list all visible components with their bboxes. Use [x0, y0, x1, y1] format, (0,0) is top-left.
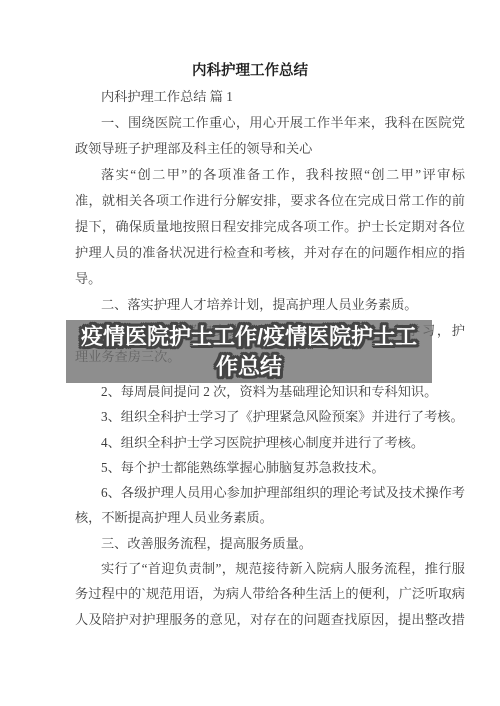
body-line: 政领导班子护理部及科主任的领导和关心 — [75, 136, 465, 162]
body-line: 三、改善服务流程，提高服务质量。 — [75, 531, 465, 556]
body-line: 6、各级护理人员用心参加护理部组织的理论考试及技术操作考 — [75, 480, 465, 505]
body-line: 核，不断提高护理人员业务素质。 — [75, 505, 465, 530]
document-title: 内科护理工作总结 — [0, 58, 500, 84]
body-line: 3、组织全科护士学习了《护理紧急风险预案》并进行了考核。 — [75, 404, 465, 429]
document-page: 内科护理工作总结 内科护理工作总结 篇 1 一、围绕医院工作重心，用心开展工作半… — [0, 0, 500, 706]
body-line: 二、落实护理人才培养计划，提高护理人员业务素质。 — [75, 292, 465, 318]
body-line: 护理人员的准备状况进行检查和考核，并对存在的问题作相应的指 — [75, 240, 465, 266]
body-line: 落实“创二甲”的各项准备工作，我科按照“创二甲”评审标 — [75, 162, 465, 188]
overlay-title-line-2: 作总结 — [66, 352, 432, 382]
document-subtitle: 内科护理工作总结 篇 1 — [75, 84, 465, 110]
body-line: 4、组织全科护士学习医院护理核心制度并进行了考核。 — [75, 430, 465, 455]
overlay-title-line-1: 疫情医院护士工作/疫情医院护士工 — [66, 322, 432, 352]
body-line: 准，就相关各项工作进行分解安排，要求各位在完成日常工作的前 — [75, 188, 465, 214]
body-line: 导。 — [75, 266, 465, 292]
body-line: 一、围绕医院工作重心，用心开展工作半年来，我科在医院党 — [75, 110, 465, 136]
body-line: 提下，确保质量地按照日程安排完成各项工作。护士长定期对各位 — [75, 214, 465, 240]
body-line: 实行了“首迎负责制”，规范接待新入院病人服务流程，推行服 — [75, 556, 465, 581]
body-line: 务过程中的`规范用语，为病人带给各种生活上的便利，广泛听取病 — [75, 581, 465, 606]
body-line: 人及陪护对护理服务的意见，对存在的问题查找原因，提出整改措 — [75, 607, 465, 632]
watermark-overlay: 疫情医院护士工作/疫情医院护士工 作总结 — [66, 320, 432, 383]
body-line: 5、每个护士都能熟练掌握心肺脑复苏急救技术。 — [75, 455, 465, 480]
document-body-bottom: 2、每周晨间提问 2 次，资料为基础理论知识和专科知识。 3、组织全科护士学习了… — [75, 379, 465, 632]
